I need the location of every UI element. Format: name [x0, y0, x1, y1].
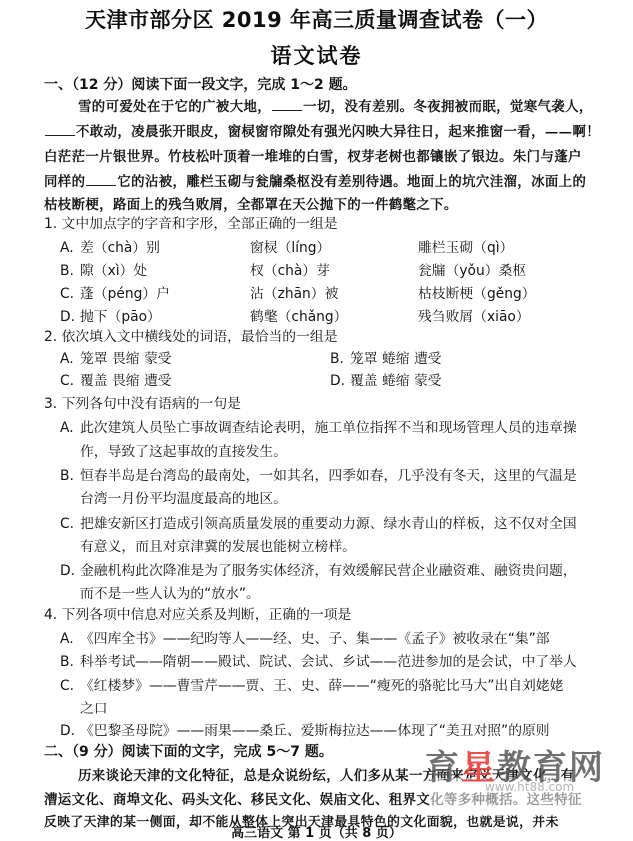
q2-option-c-label: C.: [60, 372, 74, 390]
q3-option-a-line-1: 此次建筑人员坠亡事故调查结论表明，施工单位指挥不当和现场管理人员的违章操: [80, 419, 577, 437]
q4-option-a-label: A.: [60, 630, 74, 648]
passage-line-2: 不敢动，凌晨张开眼皮，窗棂窗帘隙处有强光闪映大异往日，起来推窗一看，——啊！: [44, 123, 600, 141]
page-footer: 高三语文 第 1 页（共 8 页）: [0, 822, 633, 841]
q1-option-b-cell-1: 隙（xì）处: [80, 262, 147, 280]
q3-option-a-label: A.: [60, 419, 74, 437]
passage-text: 雪的可爱处在于它的广被大地，: [78, 99, 271, 115]
q1-option-c-cell-3: 枯枝断梗（gěng）: [418, 285, 536, 303]
passage-text: 不敢动，凌晨张开眼皮，窗棂窗帘隙处有强光闪映大异往日，起来推窗一看，——啊！: [76, 124, 600, 140]
q4-option-c-line-1: 《红楼梦》——曹雪芹——贾、王、史、薛——“瘦死的骆驼比马大”出自刘姥姥: [80, 677, 563, 695]
exam-subtitle: 语文试卷: [0, 40, 633, 70]
q1-option-d-cell-3: 残刍败屑（xiāo）: [418, 308, 530, 326]
q1-option-c-label: C.: [60, 285, 74, 303]
q4-option-d-line-1: 《巴黎圣母院》——雨果——桑丘、爱斯梅拉达——体现了“美丑对照”的原则: [80, 722, 550, 740]
section-2-heading: 二、（9 分）阅读下面的文字，完成 5～7 题。: [44, 743, 333, 761]
q4-option-c-line-2: 之口: [80, 700, 108, 718]
question-1-stem: 1. 文中加点字的字音和字形，全部正确的一组是: [44, 215, 338, 233]
fill-blank-3: [86, 173, 116, 186]
question-3-stem: 3. 下列各句中没有语病的一句是: [44, 395, 241, 413]
fill-blank-1: [272, 98, 302, 111]
q4-option-c-label: C.: [60, 677, 74, 695]
exam-page: 天津市部分区 2019 年高三质量调查试卷（一） 语文试卷 一、（12 分）阅读…: [0, 0, 633, 841]
q1-option-a-cell-1: 差（chà）别: [80, 239, 160, 257]
q2-option-d-text: 覆盖 蜷缩 蒙受: [350, 372, 442, 390]
section-1-heading: 一、（12 分）阅读下面一段文字，完成 1～2 题。: [44, 76, 357, 94]
watermark-text: 育: [425, 748, 461, 788]
passage-text: 它的沾被，雕栏玉砌与瓮牖桑枢没有差别待遇。地面上的坑穴洼溜，冰面上的: [117, 174, 586, 190]
q1-option-d-label: D.: [60, 308, 75, 326]
q3-option-c-label: C.: [60, 515, 74, 533]
q2-option-d-label: D.: [330, 372, 345, 390]
passage-text: 同样的: [44, 174, 85, 190]
fill-blank-2: [45, 123, 75, 136]
q4-option-b-line-1: 科举考试——隋朝——殿试、院试、会试、乡试——范进参加的是会试，中了举人: [80, 653, 577, 671]
passage-line-3: 白茫茫一片银世界。竹枝松叶顶着一堆堆的白雪，杈芽老树也都镶嵌了银边。朱门与蓬户: [44, 148, 582, 166]
q4-option-a-line-1: 《四库全书》——纪昀等人——经、史、子、集——《孟子》被收录在“集”部: [80, 630, 550, 648]
q1-option-b-cell-3: 瓮牖（yǒu）桑枢: [418, 262, 526, 280]
q2-option-b-text: 笼罩 蜷缩 遭受: [350, 350, 442, 368]
q3-option-d-line-2: 而不是一些人认为的“放水”。: [80, 585, 260, 603]
q3-option-d-label: D.: [60, 562, 75, 580]
q2-option-c-text: 覆盖 畏缩 遭受: [80, 372, 172, 390]
passage-line-1: 雪的可爱处在于它的广被大地，一切，没有差别。冬夜拥被而眠，觉寒气袭人，: [78, 98, 593, 116]
q3-option-b-label: B.: [60, 467, 74, 485]
q3-option-d-line-1: 金融机构此次降准是为了服务实体经济，有效缓解民营企业融资难、融资贵问题，: [80, 562, 577, 580]
q3-option-c-line-1: 把雄安新区打造成引领高质量发展的重要动力源、绿水青山的样板，这不仅对全国: [80, 515, 577, 533]
q4-option-b-label: B.: [60, 653, 74, 671]
q1-option-c-cell-2: 沾（zhān）被: [250, 285, 338, 303]
q1-option-a-cell-2: 窗棂（líng）: [250, 239, 330, 257]
passage-text: 一切，没有差别。冬夜拥被而眠，觉寒气袭人，: [303, 99, 593, 115]
q1-option-a-label: A.: [60, 239, 74, 257]
q1-option-b-cell-2: 杈（chà）芽: [250, 262, 330, 280]
q1-option-a-cell-3: 雕栏玉砌（qì）: [418, 239, 513, 257]
exam-title: 天津市部分区 2019 年高三质量调查试卷（一）: [0, 4, 633, 34]
q2-option-b-label: B.: [330, 350, 344, 368]
q1-option-c-cell-1: 蓬（péng）户: [80, 285, 170, 303]
question-4-stem: 4. 下列各项中信息对应关系及判断，正确的一项是: [44, 606, 351, 624]
watermark-url: www.ht88.com: [485, 780, 574, 794]
question-2-stem: 2. 依次填入文中横线处的词语，最恰当的一组是: [44, 328, 338, 346]
q3-option-c-line-2: 有意义，而且对京津冀的发展也能树立榜样。: [80, 538, 356, 556]
q1-option-d-cell-1: 抛下（pāo）: [80, 308, 161, 326]
q1-option-d-cell-2: 鹤氅（chǎng）: [250, 308, 347, 326]
q1-option-b-label: B.: [60, 262, 74, 280]
q3-option-b-line-2: 台湾一月份平均温度最高的地区。: [80, 490, 287, 508]
passage-line-4: 同样的它的沾被，雕栏玉砌与瓮牖桑枢没有差别待遇。地面上的坑穴洼溜，冰面上的: [44, 173, 586, 191]
q2-option-a-label: A.: [60, 350, 74, 368]
passage-line-5: 枯枝断梗，路面上的残刍败屑，全都罩在天公抛下的一件鹤氅之下。: [44, 196, 458, 214]
q4-option-d-label: D.: [60, 722, 75, 740]
q3-option-a-line-2: 作，导致了这起事故的直接发生。: [80, 443, 287, 461]
q2-option-a-text: 笼罩 畏缩 蒙受: [80, 350, 172, 368]
q3-option-b-line-1: 恒春半岛是台湾岛的最南处，一如其名，四季如春，几乎没有冬天，这里的气温是: [80, 467, 577, 485]
